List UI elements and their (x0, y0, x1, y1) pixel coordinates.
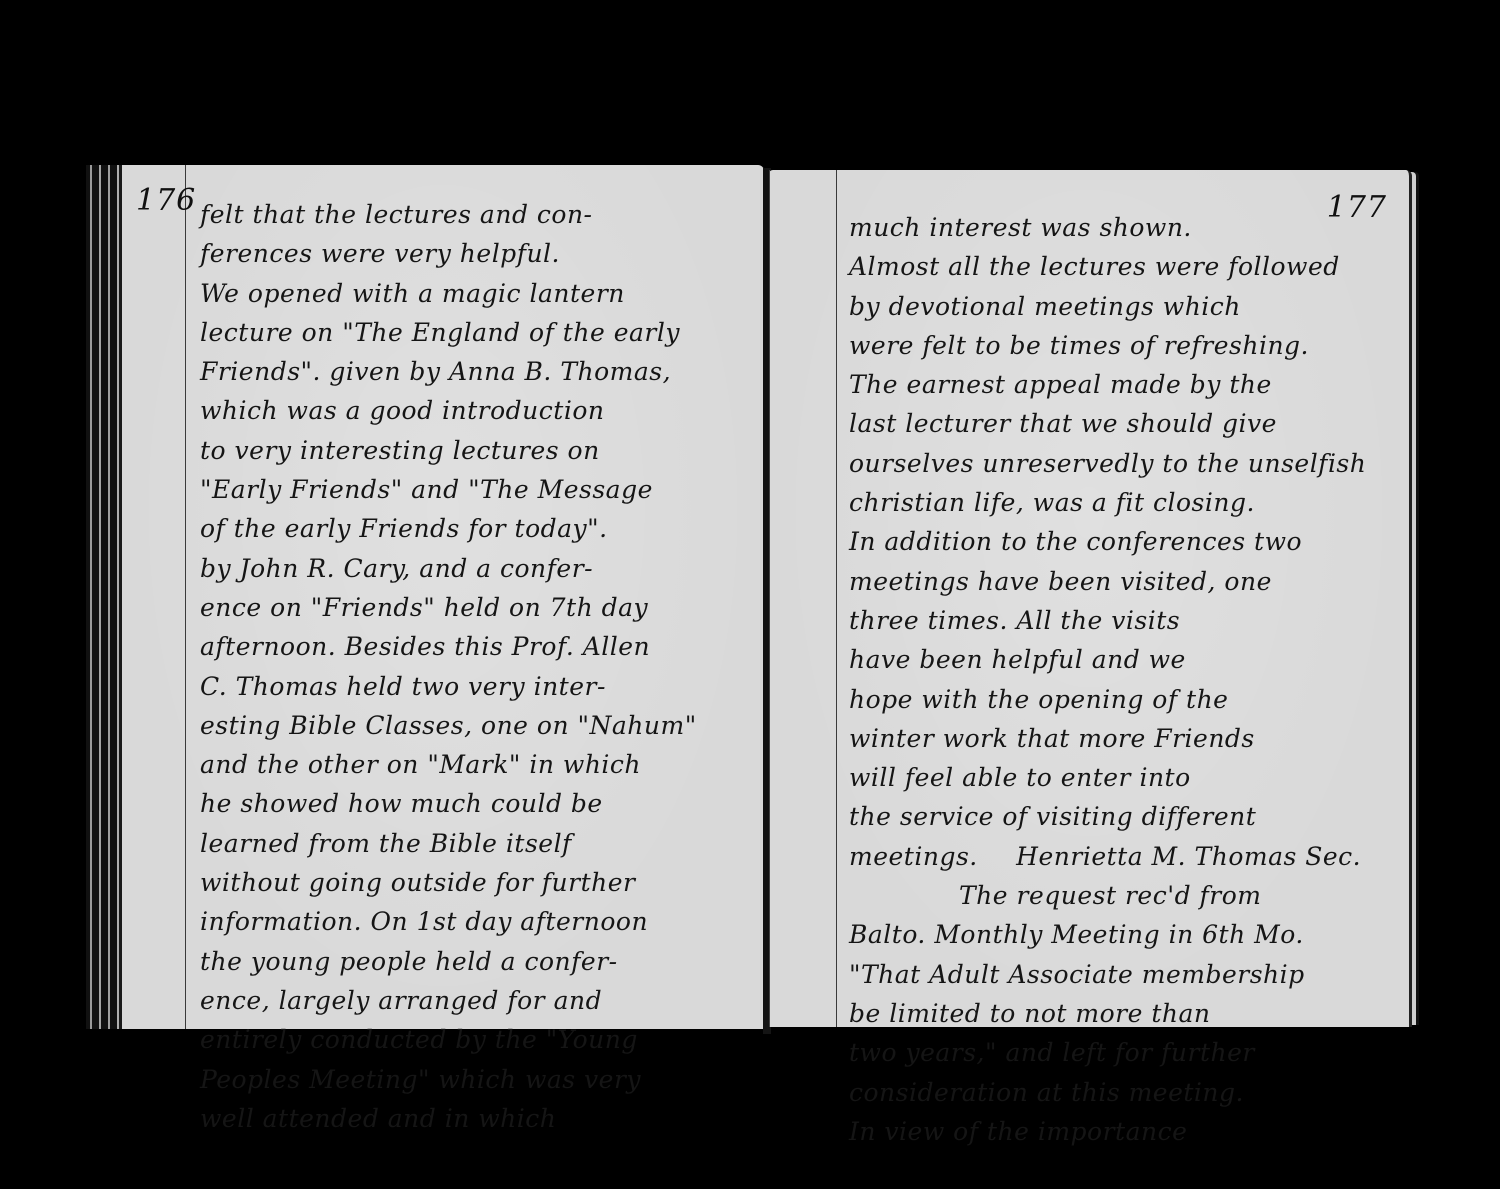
text-line: by devotional meetings which (849, 287, 1404, 326)
right-page-text: much interest was shown. Almost all the … (849, 208, 1404, 1151)
text-line: by John R. Cary, and a confer- (200, 549, 760, 588)
text-line: "Early Friends" and "The Message (200, 470, 760, 509)
text-line: the young people held a confer- (200, 942, 760, 981)
text-line: meetings have been visited, one (849, 562, 1404, 601)
text-line: much interest was shown. (849, 208, 1404, 247)
text-line: In addition to the conferences two (849, 522, 1404, 561)
text-line: ence on "Friends" held on 7th day (200, 588, 760, 627)
text-line: Friends". given by Anna B. Thomas, (200, 352, 760, 391)
text-line: which was a good introduction (200, 391, 760, 430)
text-line: C. Thomas held two very inter- (200, 667, 760, 706)
text-line: We opened with a magic lantern (200, 274, 760, 313)
text-line: three times. All the visits (849, 601, 1404, 640)
text-line: In view of the importance (849, 1112, 1404, 1151)
text-line: to very interesting lectures on (200, 431, 760, 470)
page-edge-line (769, 170, 770, 1027)
text-line: without going outside for further (200, 863, 760, 902)
left-page-text: felt that the lectures and con- ferences… (200, 195, 760, 1138)
text-line: "That Adult Associate membership (849, 955, 1404, 994)
text-line: Balto. Monthly Meeting in 6th Mo. (849, 915, 1404, 954)
text-line: ourselves unreservedly to the unselfish (849, 444, 1404, 483)
scanned-book-spread: 176 felt that the lectures and con- fere… (0, 0, 1500, 1189)
text-line: The request rec'd from (849, 876, 1404, 915)
left-page: 176 felt that the lectures and con- fere… (122, 165, 764, 1029)
text-line: felt that the lectures and con- (200, 195, 760, 234)
text-line: two years," and left for further (849, 1033, 1404, 1072)
text-line: entirely conducted by the "Young (200, 1020, 760, 1059)
text-line: and the other on "Mark" in which (200, 745, 760, 784)
text-fragment: meetings. (849, 842, 978, 871)
text-line: christian life, was a fit closing. (849, 483, 1404, 522)
text-line: the service of visiting different (849, 797, 1404, 836)
text-line: information. On 1st day afternoon (200, 902, 760, 941)
text-line: hope with the opening of the (849, 680, 1404, 719)
margin-rule-line (836, 170, 837, 1027)
text-line: have been helpful and we (849, 640, 1404, 679)
text-line: afternoon. Besides this Prof. Allen (200, 627, 760, 666)
text-line: he showed how much could be (200, 784, 760, 823)
text-line: learned from the Bible itself (200, 824, 760, 863)
text-line: consideration at this meeting. (849, 1073, 1404, 1112)
text-line: of the early Friends for today". (200, 509, 760, 548)
text-line: well attended and in which (200, 1099, 760, 1138)
text-line: were felt to be times of refreshing. (849, 326, 1404, 365)
text-line: be limited to not more than (849, 994, 1404, 1033)
text-line: Peoples Meeting" which was very (200, 1060, 760, 1099)
text-line: lecture on "The England of the early (200, 313, 760, 352)
text-line: winter work that more Friends (849, 719, 1404, 758)
page-stack-edge (86, 165, 122, 1029)
text-line-with-signature: meetings. Henrietta M. Thomas Sec. (849, 837, 1404, 876)
text-line: will feel able to enter into (849, 758, 1404, 797)
text-line: The earnest appeal made by the (849, 365, 1404, 404)
text-line: ferences were very helpful. (200, 234, 760, 273)
text-line: ence, largely arranged for and (200, 981, 760, 1020)
margin-rule-line (185, 165, 186, 1029)
page-number-left: 176 (136, 183, 196, 218)
text-line: esting Bible Classes, one on "Nahum" (200, 706, 760, 745)
text-line: Almost all the lectures were followed (849, 247, 1404, 286)
text-line: last lecturer that we should give (849, 404, 1404, 443)
right-page: 177 much interest was shown. Almost all … (769, 170, 1412, 1027)
secretary-signature: Henrietta M. Thomas Sec. (986, 842, 1361, 871)
